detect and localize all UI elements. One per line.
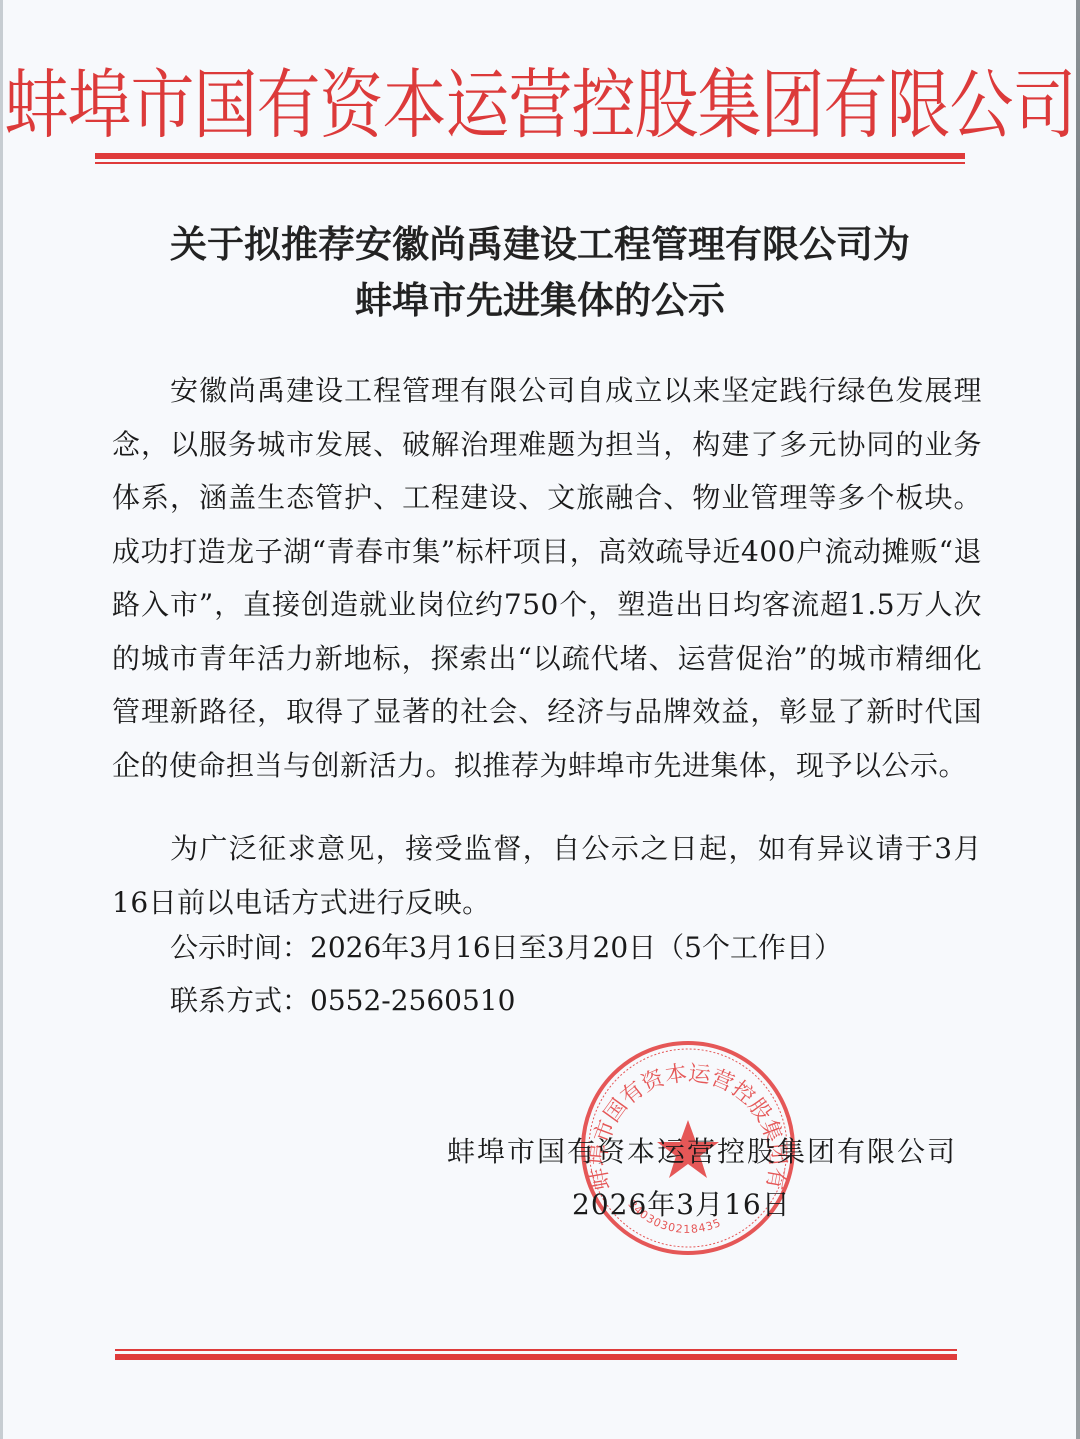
- footer-rule-thick: [115, 1354, 957, 1360]
- document-title-line1: 关于拟推荐安徽尚禹建设工程管理有限公司为: [0, 215, 1080, 273]
- letterhead-organization: 蚌埠市国有资本运营控股集团有限公司: [0, 59, 1080, 153]
- header-rule-thin: [95, 162, 965, 164]
- publicity-period-label: 公示时间：: [170, 931, 310, 964]
- publicity-period: 公示时间：2026年3月16日至3月20日（5个工作日）: [170, 928, 842, 968]
- body-paragraph-2: 为广泛征求意见，接受监督，自公示之日起，如有异议请于3月16日前以电话方式进行反…: [112, 822, 982, 929]
- contact-phone: 0552-2560510: [310, 984, 515, 1017]
- footer-rule-thin: [115, 1349, 957, 1351]
- signature-organization: 蚌埠市国有资本运营控股集团有限公司: [447, 1132, 957, 1172]
- contact-label: 联系方式：: [170, 984, 310, 1017]
- publicity-period-value: 2026年3月16日至3月20日（5个工作日）: [310, 931, 842, 964]
- header-rule-thick: [95, 153, 965, 159]
- document-title-line2: 蚌埠市先进集体的公示: [0, 271, 1080, 329]
- signature-date: 2026年3月16日: [572, 1185, 791, 1225]
- contact-info: 联系方式：0552-2560510: [170, 981, 515, 1021]
- body-paragraph-1: 安徽尚禹建设工程管理有限公司自成立以来坚定践行绿色发展理念，以服务城市发展、破解…: [112, 364, 982, 792]
